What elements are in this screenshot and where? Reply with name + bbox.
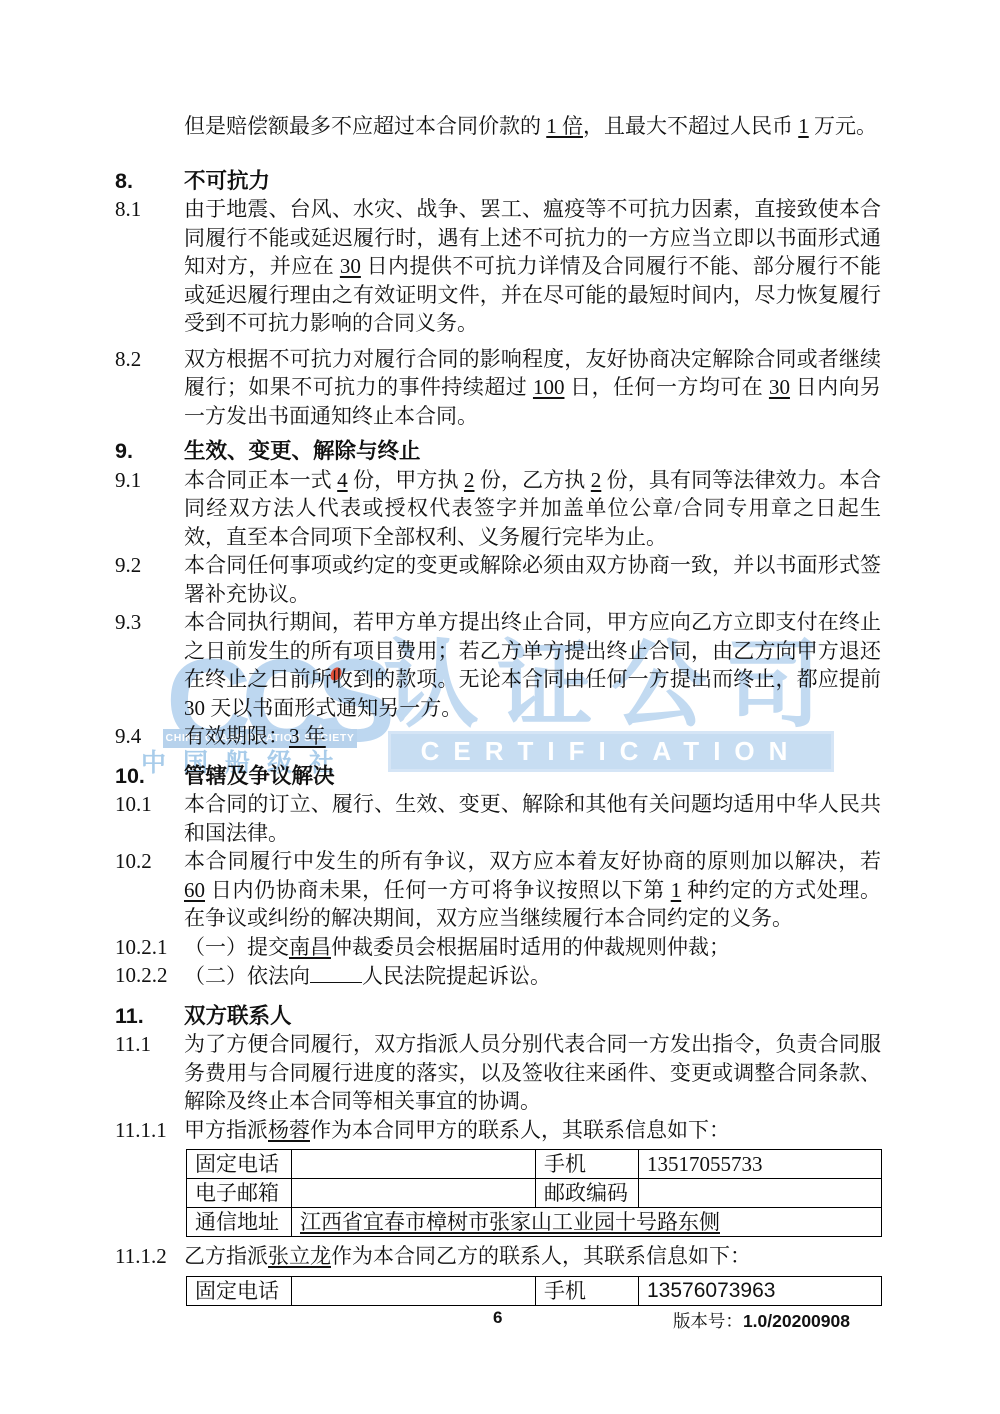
block-item-10.2.2: 10.2.2（二）依法向人民法院提起诉讼。 xyxy=(115,961,881,991)
version-value: 1.0/20200908 xyxy=(743,1311,850,1331)
table-cell-1-1 xyxy=(292,1179,536,1208)
item-8.2-seg-3: 30 xyxy=(769,375,790,399)
table-cell-1-2: 邮政编码 xyxy=(536,1179,639,1208)
table-cell-text: 13517055733 xyxy=(647,1152,763,1176)
item-10.2-seg-0: 本合同履行中发生的所有争议，双方应本着友好协商的原则加以解决，若 xyxy=(184,849,881,873)
clause-number: 9.1 xyxy=(115,466,184,495)
clause-number: 9.2 xyxy=(115,551,184,580)
clause-number: 8. xyxy=(115,167,184,196)
intro-paragraph-seg-1: 1 倍 xyxy=(546,114,583,138)
block-item-9.2: 9.2本合同任何事项或约定的变更或解除必须由双方协商一致，并以书面形式签署补充协… xyxy=(115,551,881,608)
table-cell-2-0: 通信地址 xyxy=(187,1208,292,1237)
table-cell-2-1: 江西省宜春市樟树市张家山工业园十号路东侧 xyxy=(292,1208,882,1237)
item-11.1.1-seg-2: 作为本合同甲方的联系人，其联系信息如下： xyxy=(310,1118,730,1142)
table-cell-text: 江西省宜春市樟树市张家山工业园十号路东侧 xyxy=(300,1210,720,1234)
table-cell-text: 固定电话 xyxy=(195,1279,279,1303)
item-10.1-seg-0: 本合同的订立、履行、生效、变更、解除和其他有关问题均适用中华人民共和国法律。 xyxy=(184,792,881,845)
table-cell-1-0: 电子邮箱 xyxy=(187,1179,292,1208)
clause-text: 乙方指派张立龙作为本合同乙方的联系人，其联系信息如下： xyxy=(184,1242,881,1271)
table-cell-0-2: 手机 xyxy=(536,1276,639,1305)
item-10.2.1-seg-2: 仲裁委员会根据届时适用的仲裁规则仲裁； xyxy=(331,935,730,959)
block-item-9.3: 9.3本合同执行期间，若甲方单方提出终止合同，甲方应向乙方立即支付在终止之日前发… xyxy=(115,608,881,722)
clause-text: 由于地震、台风、水灾、战争、罢工、瘟疫等不可抗力因素，直接致使本合同履行不能或延… xyxy=(184,195,881,338)
clause-text: （一）提交南昌仲裁委员会根据届时适用的仲裁规则仲裁； xyxy=(184,933,881,962)
item-10.2.2-seg-0: （二）依法向 xyxy=(184,964,310,988)
page-footer: 6 版本号：1.0/20200908 xyxy=(115,1308,852,1332)
item-11.1.2-seg-1: 张立龙 xyxy=(268,1244,331,1268)
clause-text: 管辖及争议解决 xyxy=(184,762,881,791)
table-cell-0-0: 固定电话 xyxy=(187,1150,292,1179)
table-cell-text: 通信地址 xyxy=(195,1210,279,1234)
item-9.4-seg-1: 3 年 xyxy=(289,724,326,748)
block-party-b-contact-table: 固定电话手机13576073963 xyxy=(186,1276,882,1306)
item-9.1-seg-0: 本合同正本一式 xyxy=(184,468,337,492)
clause-number: 11.1.2 xyxy=(115,1242,184,1271)
block-item-10.2.1: 10.2.1（一）提交南昌仲裁委员会根据届时适用的仲裁规则仲裁； xyxy=(115,933,881,962)
clause-number: 8.2 xyxy=(115,345,184,374)
table-cell-text: 手机 xyxy=(544,1152,586,1176)
item-9.4-seg-0: 有效期限： xyxy=(184,724,289,748)
clause-number: 9. xyxy=(115,437,184,466)
item-11.1.1-seg-0: 甲方指派 xyxy=(184,1118,268,1142)
table-cell-0-1 xyxy=(292,1150,536,1179)
table-cell-0-1 xyxy=(292,1276,536,1305)
clause-number: 11.1 xyxy=(115,1030,184,1059)
block-item-10.1: 10.1本合同的订立、履行、生效、变更、解除和其他有关问题均适用中华人民共和国法… xyxy=(115,790,881,847)
item-10.2-seg-1: 60 xyxy=(184,878,205,902)
intro-paragraph-seg-2: ，且最大不超过人民币 xyxy=(583,114,798,138)
clause-number: 8.1 xyxy=(115,195,184,224)
item-9.1-seg-5: 2 xyxy=(591,468,602,492)
clause-text: 生效、变更、解除与终止 xyxy=(184,437,881,466)
intro-paragraph-seg-0: 但是赔偿额最多不应超过本合同价款的 xyxy=(184,114,546,138)
item-11.1.2-seg-0: 乙方指派 xyxy=(184,1244,268,1268)
clause-text: 不可抗力 xyxy=(184,167,881,196)
clause-text: 本合同执行期间，若甲方单方提出终止合同，甲方应向乙方立即支付在终止之日前发生的所… xyxy=(184,608,881,722)
table-cell-text: 电子邮箱 xyxy=(195,1181,279,1205)
clause-number: 10. xyxy=(115,762,184,791)
clause-number: 10.1 xyxy=(115,790,184,819)
table-row: 通信地址江西省宜春市樟树市张家山工业园十号路东侧 xyxy=(187,1208,882,1237)
item-10.2.2-seg-2: 人民法院提起诉讼。 xyxy=(362,964,551,988)
page-number: 6 xyxy=(493,1308,502,1328)
item-11.1.2-seg-2: 作为本合同乙方的联系人，其联系信息如下： xyxy=(331,1244,751,1268)
table-cell-0-3: 13517055733 xyxy=(639,1150,882,1179)
section-9-heading-seg-0: 生效、变更、解除与终止 xyxy=(184,439,421,463)
block-intro-paragraph: 但是赔偿额最多不应超过本合同价款的 1 倍，且最大不超过人民币 1 万元。 xyxy=(115,112,881,141)
item-10.2.2-seg-1 xyxy=(310,961,362,983)
table-cell-text: 13576073963 xyxy=(647,1279,775,1302)
clause-text: 本合同正本一式 4 份，甲方执 2 份，乙方执 2 份，具有同等法律效力。本合同… xyxy=(184,466,881,552)
table-cell-1-3 xyxy=(639,1179,882,1208)
item-9.2-seg-0: 本合同任何事项或约定的变更或解除必须由双方协商一致，并以书面形式签署补充协议。 xyxy=(184,553,881,606)
block-item-8.2: 8.2双方根据不可抗力对履行合同的影响程度，友好协商决定解除合同或者继续履行；如… xyxy=(115,345,881,431)
item-9.1-seg-4: 份，乙方执 xyxy=(474,468,590,492)
block-item-8.1: 8.1由于地震、台风、水灾、战争、罢工、瘟疫等不可抗力因素，直接致使本合同履行不… xyxy=(115,195,881,338)
contract-page: CCS 认证公司 CHINA CLASSIFICATION SOCIETY 中国… xyxy=(0,0,1000,1414)
item-8.2-seg-1: 100 xyxy=(533,375,565,399)
clause-number: 10.2.1 xyxy=(115,933,184,962)
block-item-9.4: 9.4有效期限：3 年 xyxy=(115,722,881,751)
section-8-heading-seg-0: 不可抗力 xyxy=(184,169,270,193)
item-11.1-seg-0: 为了方便合同履行，双方指派人员分别代表合同一方发出指令，负责合同服务费用与合同履… xyxy=(184,1032,881,1113)
clause-text: 本合同的订立、履行、生效、变更、解除和其他有关问题均适用中华人民共和国法律。 xyxy=(184,790,881,847)
intro-paragraph-seg-4: 万元。 xyxy=(809,114,877,138)
item-8.2-seg-2: 日，任何一方均可在 xyxy=(564,375,768,399)
block-item-11.1: 11.1为了方便合同履行，双方指派人员分别代表合同一方发出指令，负责合同服务费用… xyxy=(115,1030,881,1116)
block-item-11.1.2: 11.1.2乙方指派张立龙作为本合同乙方的联系人，其联系信息如下： xyxy=(115,1242,881,1271)
clause-text: 有效期限：3 年 xyxy=(184,722,881,751)
item-9.3-seg-0: 本合同执行期间，若甲方单方提出终止合同，甲方应向乙方立即支付在终止之日前发生的所… xyxy=(184,610,881,720)
block-section-10-heading: 10.管辖及争议解决 xyxy=(115,762,881,791)
block-party-a-contact-table: 固定电话手机13517055733电子邮箱邮政编码通信地址江西省宜春市樟树市张家… xyxy=(186,1149,882,1237)
clause-text: 双方根据不可抗力对履行合同的影响程度，友好协商决定解除合同或者继续履行；如果不可… xyxy=(184,345,881,431)
block-item-10.2: 10.2本合同履行中发生的所有争议，双方应本着友好协商的原则加以解决，若 60 … xyxy=(115,847,881,933)
version-caption: 版本号： xyxy=(673,1311,743,1331)
table-cell-0-3: 13576073963 xyxy=(639,1276,882,1305)
clause-number: 9.4 xyxy=(115,722,184,751)
contract-body: 但是赔偿额最多不应超过本合同价款的 1 倍，且最大不超过人民币 1 万元。8.不… xyxy=(115,112,881,1311)
clause-text: 为了方便合同履行，双方指派人员分别代表合同一方发出指令，负责合同服务费用与合同履… xyxy=(184,1030,881,1116)
table-cell-text: 手机 xyxy=(544,1279,586,1303)
clause-text: 本合同任何事项或约定的变更或解除必须由双方协商一致，并以书面形式签署补充协议。 xyxy=(184,551,881,608)
item-9.1-seg-1: 4 xyxy=(337,468,348,492)
block-section-9-heading: 9.生效、变更、解除与终止 xyxy=(115,437,881,466)
clause-number: 11. xyxy=(115,1002,184,1031)
table-cell-0-0: 固定电话 xyxy=(187,1276,292,1305)
item-10.2.1-seg-1: 南昌 xyxy=(289,935,331,959)
table-cell-0-2: 手机 xyxy=(536,1150,639,1179)
clause-number: 10.2.2 xyxy=(115,961,184,990)
table-cell-text: 邮政编码 xyxy=(544,1181,628,1205)
item-8.1-seg-1: 30 xyxy=(340,254,361,278)
block-section-8-heading: 8.不可抗力 xyxy=(115,167,881,196)
clause-number: 9.3 xyxy=(115,608,184,637)
item-10.2-seg-3: 1 xyxy=(671,878,682,902)
clause-text: 甲方指派杨蓉作为本合同甲方的联系人，其联系信息如下： xyxy=(184,1116,881,1145)
block-item-9.1: 9.1本合同正本一式 4 份，甲方执 2 份，乙方执 2 份，具有同等法律效力。… xyxy=(115,466,881,552)
clause-number: 11.1.1 xyxy=(115,1116,184,1145)
item-10.2.1-seg-0: （一）提交 xyxy=(184,935,289,959)
table-row: 电子邮箱邮政编码 xyxy=(187,1179,882,1208)
block-item-11.1.1: 11.1.1甲方指派杨蓉作为本合同甲方的联系人，其联系信息如下： xyxy=(115,1116,881,1145)
clause-text: 但是赔偿额最多不应超过本合同价款的 1 倍，且最大不超过人民币 1 万元。 xyxy=(184,112,881,141)
item-10.2-seg-2: 日内仍协商未果，任何一方可将争议按照以下第 xyxy=(205,878,671,902)
table-row: 固定电话手机13517055733 xyxy=(187,1150,882,1179)
clause-text: 双方联系人 xyxy=(184,1002,881,1031)
item-9.1-seg-2: 份，甲方执 xyxy=(348,468,464,492)
clause-text: 本合同履行中发生的所有争议，双方应本着友好协商的原则加以解决，若 60 日内仍协… xyxy=(184,847,881,933)
block-section-11-heading: 11.双方联系人 xyxy=(115,1002,881,1031)
section-10-heading-seg-0: 管辖及争议解决 xyxy=(184,764,335,788)
table-cell-text: 固定电话 xyxy=(195,1152,279,1176)
intro-paragraph-seg-3: 1 xyxy=(798,114,809,138)
item-11.1.1-seg-1: 杨蓉 xyxy=(268,1118,310,1142)
item-9.1-seg-3: 2 xyxy=(464,468,475,492)
clause-text: （二）依法向人民法院提起诉讼。 xyxy=(184,961,881,991)
version-label: 版本号：1.0/20200908 xyxy=(673,1308,850,1333)
clause-number: 10.2 xyxy=(115,847,184,876)
section-11-heading-seg-0: 双方联系人 xyxy=(184,1004,292,1028)
table-row: 固定电话手机13576073963 xyxy=(187,1276,882,1305)
